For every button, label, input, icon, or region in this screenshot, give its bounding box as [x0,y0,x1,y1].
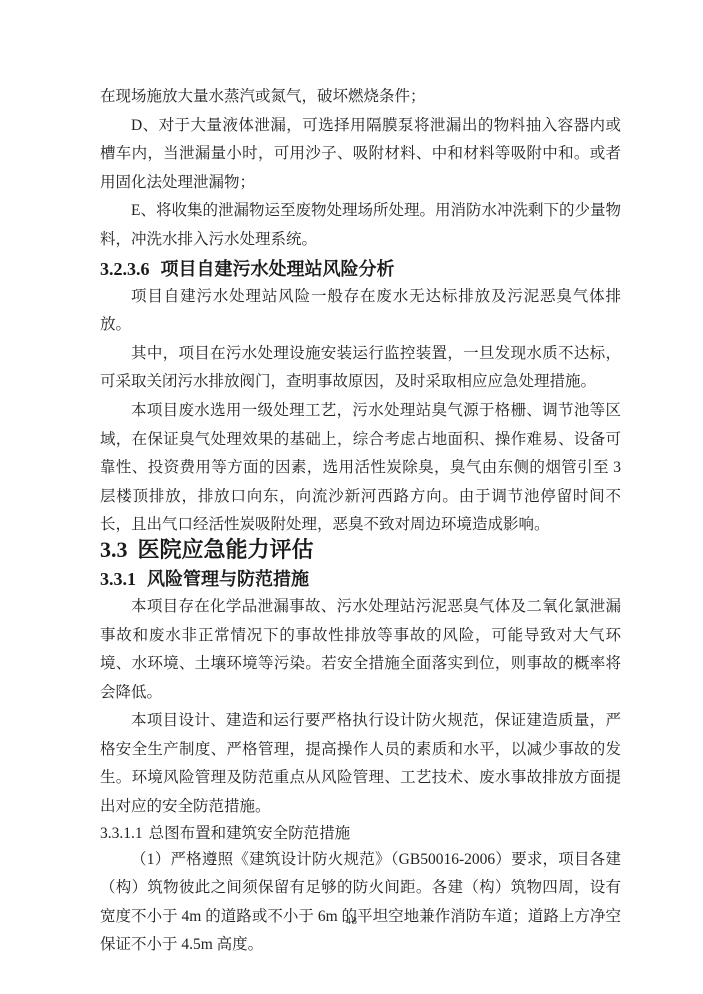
paragraph-leak-collection: E、将收集的泄漏物运至废物处理场所处理。用消防水冲洗剩下的少量物料，冲洗水排入污… [100,197,621,254]
heading-title: 总图布置和建筑安全防范措施 [149,825,351,842]
paragraph-monitoring: 其中，项目在污水处理设施安装运行监控装置，一旦发现水质不达标，可采取关闭污水排放… [100,340,621,397]
page-number: 48 [346,915,358,927]
section-heading-3-3-1: 3.3.1风险管理与防范措施 [100,567,621,592]
paragraph-fire-code: （1）严格遵照《建筑设计防火规范》（GB50016-2006）要求，项目各建（构… [100,846,621,960]
paragraph-risk-types: 本项目存在化学品泄漏事故、污水处理站污泥恶臭气体及二氧化氯泄漏事故和废水非正常情… [100,593,621,707]
paragraph-continuation: 在现场施放大量水蒸汽或氮气，破坏燃烧条件； [100,83,621,112]
heading-number: 3.3 [100,537,128,562]
paragraph-leak-liquid: D、对于大量液体泄漏，可选择用隔膜泵将泄漏出的物料抽入容器内或槽车内，当泄漏量小… [100,112,621,198]
document-page: 在现场施放大量水蒸汽或氮气，破坏燃烧条件； D、对于大量液体泄漏，可选择用隔膜泵… [0,0,703,994]
heading-number: 3.2.3.6 [100,259,150,279]
heading-title: 项目自建污水处理站风险分析 [161,259,395,279]
section-heading-3-2-3-6: 3.2.3.6项目自建污水处理站风险分析 [100,257,621,282]
paragraph-station-risk: 项目自建污水处理站风险一般存在废水无达标排放及污泥恶臭气体排放。 [100,283,621,340]
paragraph-odor-treatment: 本项目废水选用一级处理工艺，污水处理站臭气源于格栅、调节池等区域，在保证臭气处理… [100,397,621,540]
heading-number: 3.3.1 [100,569,136,589]
content-area: 在现场施放大量水蒸汽或氮气，破坏燃烧条件； D、对于大量液体泄漏，可选择用隔膜泵… [100,83,621,960]
heading-number: 3.3.1.1 [100,825,143,842]
page-footer: 48 [0,911,703,929]
heading-title: 风险管理与防范措施 [147,569,309,589]
paragraph-design-management: 本项目设计、建造和运行要严格执行设计防火规范，保证建造质量，严格安全生产制度、严… [100,707,621,821]
section-heading-3-3-1-1: 3.3.1.1总图布置和建筑安全防范措施 [100,822,621,846]
heading-title: 医院应急能力评估 [138,537,314,562]
